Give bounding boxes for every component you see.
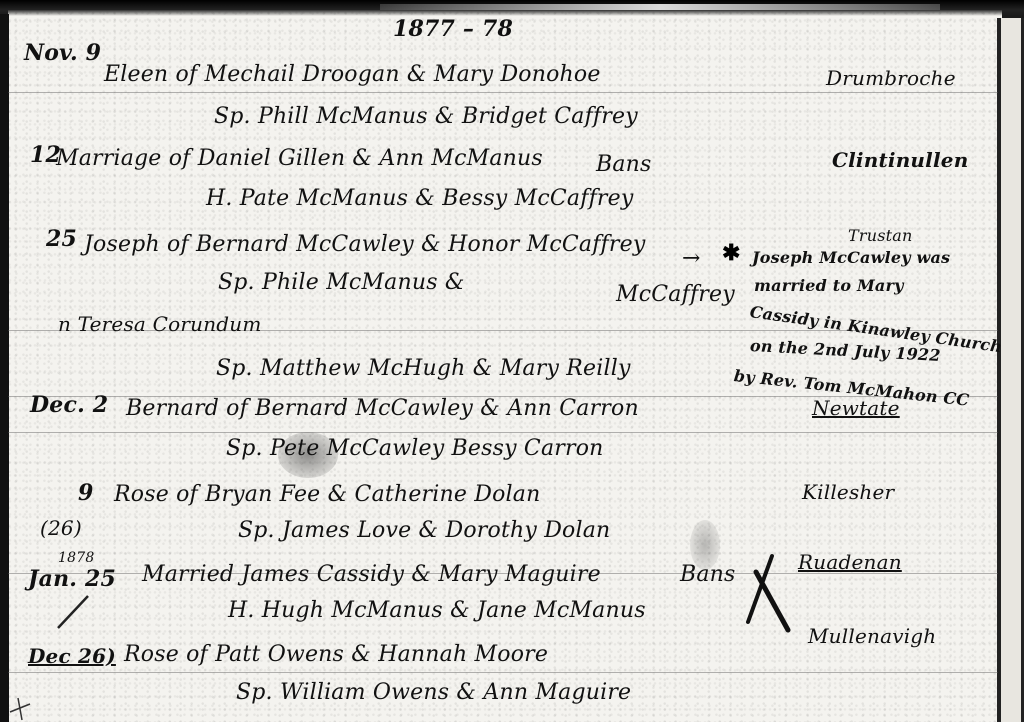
entry-line: Eleen of Mechail Droogan & Mary Donohoe xyxy=(104,62,601,87)
cross-mark-icon xyxy=(742,552,794,634)
entry-townland: Newtate xyxy=(812,396,900,420)
entry-sponsors: Sp. William Owens & Ann Maguire xyxy=(236,680,631,705)
entry-date-note: (26) xyxy=(40,516,82,540)
entry-line: Joseph of Bernard McCawley & Honor McCaf… xyxy=(84,232,645,257)
entry-witnesses: H. Hugh McManus & Jane McManus xyxy=(228,598,646,623)
entry-date: Nov. 9 xyxy=(24,40,101,66)
plus-mark-icon xyxy=(6,694,36,722)
entry-line: n Teresa Corundum xyxy=(58,312,262,336)
annotation-line: married to Mary xyxy=(754,276,904,295)
entry-townland: Mullenavigh xyxy=(808,624,936,648)
scan-top-edge xyxy=(0,0,1024,16)
entry-townland: Ruadenan xyxy=(798,550,902,574)
entry-sponsors-cont: McCaffrey xyxy=(616,282,735,307)
annotation-above: Trustan xyxy=(848,226,913,245)
entry-note-bans: Bans xyxy=(680,562,736,587)
entry-witnesses: H. Pate McManus & Bessy McCaffrey xyxy=(206,186,633,211)
entry-sponsors: Sp. Phill McManus & Bridget Caffrey xyxy=(214,104,638,129)
entry-note-bans: Bans xyxy=(596,152,652,177)
entry-townland: Clintinullen xyxy=(832,148,968,172)
entry-line: Married James Cassidy & Mary Maguire xyxy=(142,562,601,587)
annotation-line: Joseph McCawley was xyxy=(752,248,950,267)
entry-year-note: 1878 xyxy=(58,550,94,566)
asterisk-icon: ✱ xyxy=(722,240,740,266)
scan-left-edge xyxy=(0,14,9,722)
entry-sponsors: Sp. James Love & Dorothy Dolan xyxy=(238,518,610,543)
slash-mark-icon xyxy=(52,592,92,632)
entry-date: Dec. 2 xyxy=(30,392,108,418)
ruled-line xyxy=(8,672,998,673)
entry-line: Rose of Patt Owens & Hannah Moore xyxy=(124,642,548,667)
arrow-icon: → xyxy=(682,246,701,271)
entry-date: 25 xyxy=(46,226,77,252)
entry-line: Marriage of Daniel Gillen & Ann McManus xyxy=(56,146,543,171)
scan-glare xyxy=(380,4,940,10)
entry-sponsors: Sp. Pete McCawley Bessy Carron xyxy=(226,436,604,461)
entry-townland: Drumbroche xyxy=(826,66,956,90)
entry-line: Bernard of Bernard McCawley & Ann Carron xyxy=(126,396,639,421)
entry-sponsors: Sp. Phile McManus & xyxy=(218,270,465,295)
entry-date: 9 xyxy=(78,480,94,506)
page-right-strip xyxy=(1001,18,1024,722)
entry-date: Jan. 25 xyxy=(28,566,116,592)
ruled-line xyxy=(8,92,998,93)
entry-line: Rose of Bryan Fee & Catherine Dolan xyxy=(114,482,540,507)
ruled-line xyxy=(8,432,998,433)
year-heading: 1877 – 78 xyxy=(393,16,513,42)
entry-townland: Killesher xyxy=(802,480,894,504)
entry-date: Dec 26) xyxy=(28,644,116,668)
entry-sponsors: Sp. Matthew McHugh & Mary Reilly xyxy=(216,356,631,381)
